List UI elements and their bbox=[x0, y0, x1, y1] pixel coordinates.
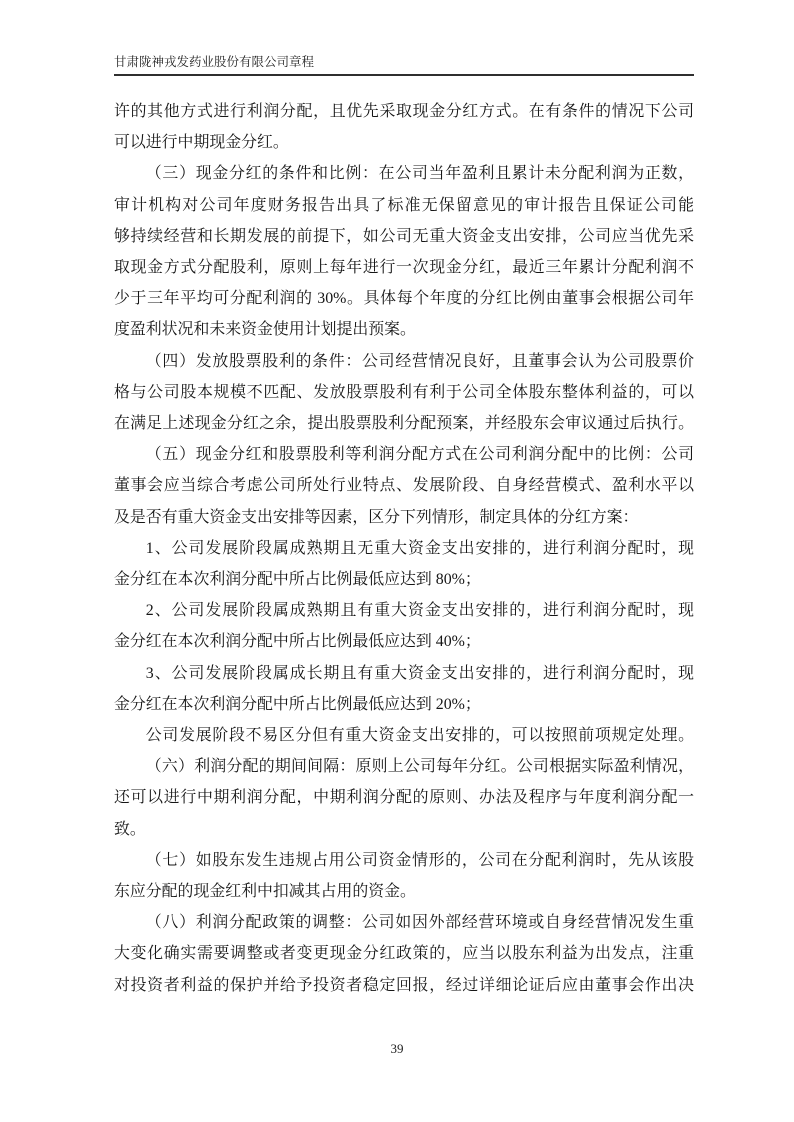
text-line: 够持续经营和长期发展的前提下，如公司无重大资金支出安排，公司应当优先采 bbox=[114, 221, 694, 252]
text-line: （七）如股东发生违规占用公司资金情形的，公司在分配利润时，先从该股 bbox=[114, 845, 694, 876]
text-line: 及是否有重大资金支出安排等因素，区分下列情形，制定具体的分红方案： bbox=[114, 502, 694, 533]
text-line: 还可以进行中期利润分配，中期利润分配的原则、办法及程序与年度利润分配一 bbox=[114, 782, 694, 813]
text-line: 审计机构对公司年度财务报告出具了标准无保留意见的审计报告且保证公司能 bbox=[114, 190, 694, 221]
header-rule bbox=[114, 74, 694, 76]
text-line: （六）利润分配的期间间隔：原则上公司每年分红。公司根据实际盈利情况， bbox=[114, 751, 694, 782]
text-line: （五）现金分红和股票股利等利润分配方式在公司利润分配中的比例：公司 bbox=[114, 439, 694, 470]
text-line: 东应分配的现金红利中扣减其占用的资金。 bbox=[114, 876, 694, 907]
page-footer: 39 bbox=[0, 1040, 794, 1058]
text-line: 金分红在本次利润分配中所占比例最低应达到 80%； bbox=[114, 564, 694, 595]
text-line: （四）发放股票股利的条件：公司经营情况良好，且董事会认为公司股票价 bbox=[114, 346, 694, 377]
text-line: 1、公司发展阶段属成熟期且无重大资金支出安排的，进行利润分配时，现 bbox=[114, 533, 694, 564]
text-line: （八）利润分配政策的调整：公司如因外部经营环境或自身经营情况发生重 bbox=[114, 907, 694, 938]
text-line: 金分红在本次利润分配中所占比例最低应达到 20%； bbox=[114, 689, 694, 720]
text-line: 许的其他方式进行利润分配，且优先采取现金分红方式。在有条件的情况下公司 bbox=[114, 96, 694, 127]
text-line: 可以进行中期现金分红。 bbox=[114, 127, 694, 158]
text-line: 2、公司发展阶段属成熟期且有重大资金支出安排的，进行利润分配时，现 bbox=[114, 595, 694, 626]
text-line: 少于三年平均可分配利润的 30%。具体每个年度的分红比例由董事会根据公司年 bbox=[114, 283, 694, 314]
text-line: 致。 bbox=[114, 814, 694, 845]
text-line: 3、公司发展阶段属成长期且有重大资金支出安排的，进行利润分配时，现 bbox=[114, 658, 694, 689]
text-line: 格与公司股本规模不匹配、发放股票股利有利于公司全体股东整体利益的，可以 bbox=[114, 377, 694, 408]
text-line: 在满足上述现金分红之余，提出股票股利分配预案，并经股东会审议通过后执行。 bbox=[114, 408, 694, 439]
text-line: 董事会应当综合考虑公司所处行业特点、发展阶段、自身经营模式、盈利水平以 bbox=[114, 470, 694, 501]
text-line: 公司发展阶段不易区分但有重大资金支出安排的，可以按照前项规定处理。 bbox=[114, 720, 694, 751]
text-line: 取现金方式分配股利，原则上每年进行一次现金分红，最近三年累计分配利润不 bbox=[114, 252, 694, 283]
text-line: （三）现金分红的条件和比例：在公司当年盈利且累计未分配利润为正数， bbox=[114, 158, 694, 189]
document-page: 甘肃陇神戎发药业股份有限公司章程 许的其他方式进行利润分配，且优先采取现金分红方… bbox=[0, 0, 794, 1122]
header-title: 甘肃陇神戎发药业股份有限公司章程 bbox=[114, 54, 694, 70]
text-line: 金分红在本次利润分配中所占比例最低应达到 40%； bbox=[114, 626, 694, 657]
text-line: 对投资者利益的保护并给予投资者稳定回报，经过详细论证后应由董事会作出决 bbox=[114, 970, 694, 1001]
document-body: 许的其他方式进行利润分配，且优先采取现金分红方式。在有条件的情况下公司可以进行中… bbox=[114, 96, 694, 1001]
page-header: 甘肃陇神戎发药业股份有限公司章程 bbox=[114, 54, 694, 76]
text-line: 度盈利状况和未来资金使用计划提出预案。 bbox=[114, 314, 694, 345]
page-number: 39 bbox=[391, 1041, 404, 1056]
text-line: 大变化确实需要调整或者变更现金分红政策的，应当以股东利益为出发点，注重 bbox=[114, 938, 694, 969]
